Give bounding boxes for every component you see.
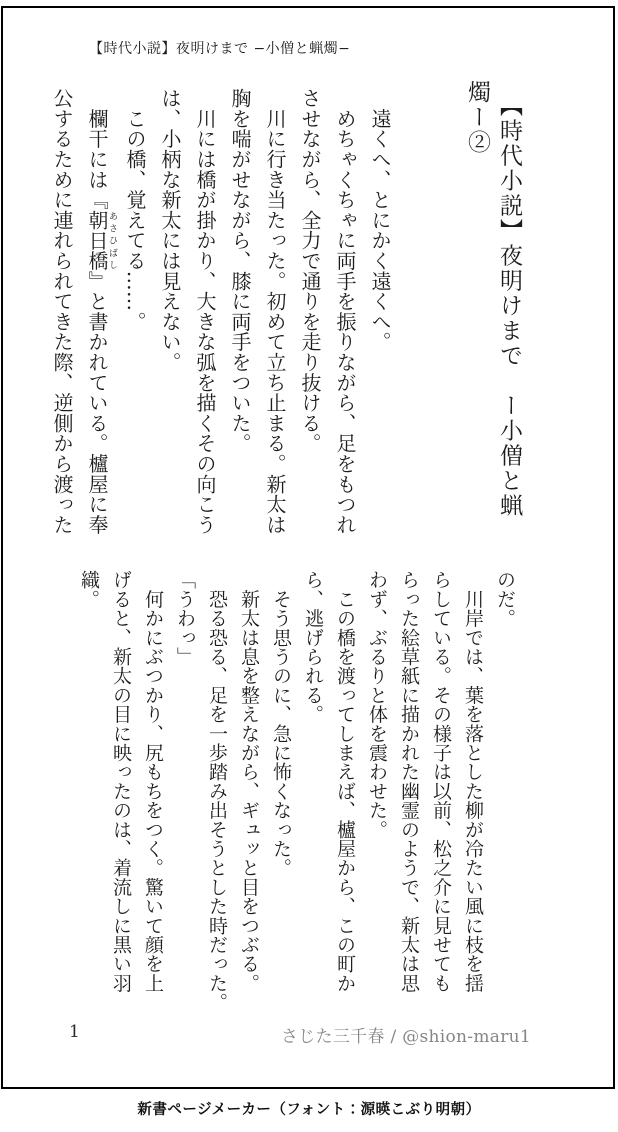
lower-body-line: のだ。 [489,570,521,1006]
page-number: 1 [69,1022,80,1042]
author-credit: さじた三千春 / @shion-maru1 [281,1022,531,1047]
furigana-ruby: 朝日橋あさひばし [85,210,109,271]
lower-body-line: この橋を渡ってしまえば、櫨屋から、この町か [329,570,361,1006]
lower-body-line: 恐る恐る、足を一歩踏み出そうとした時だった。 [201,570,233,1006]
novel-page: 【時代小説】夜明けまで −小僧と蝋燭− 【時代小説】夜明けまで ー小僧と蝋燭ー②… [1,6,615,1089]
lower-body-line: ら、逃げられる。 [297,570,329,1006]
upper-body-line: 遠くへ、とにかく遠くへ。 [362,88,397,550]
lower-body-line: げると、新太の目に映ったのは、着流しに黒い羽 [105,570,137,1006]
upper-body-line: 欄干には『朝日橋あさひばし』と書かれている。櫨屋に奉 [79,88,117,550]
lower-body-line: 新太は息を整えながら、ギュッと目をつぶる。 [233,570,265,1006]
tool-caption: 新書ページメーカー（フォント：源暎こぶり明朝） [0,1098,618,1119]
upper-body-line: 川には橋が掛かり、大きな弧を描くその向こう [187,88,222,550]
upper-body-line: 公するために連れられてきた際、逆側から渡った [44,88,79,550]
upper-body-line: は、小柄な新太には見えない。 [152,88,187,550]
lower-body-line: 川岸では、葉を落とした柳が冷たい風に枝を揺 [457,570,489,1006]
title-block: 【時代小説】夜明けまで ー小僧と蝋燭ー② [461,80,525,560]
lower-body-line: 「うわっ」 [169,570,201,1006]
lower-body-line: らった絵草紙に描かれた幽霊のようで、新太は思 [393,570,425,1006]
upper-body-line: この橋、覚えてる……。 [117,88,152,550]
title-line: 燭ー② [461,80,493,560]
upper-text-band: 遠くへ、とにかく遠くへ。 めちゃくちゃに両手を振りながら、足をもつれさせながら、… [44,88,397,550]
lower-body-line: わず、ぶるりと体を震わせた。 [361,570,393,1006]
lower-body-line: 織。 [73,570,105,1006]
lower-body-line: そう思うのに、急に怖くなった。 [265,570,297,1006]
running-header: 【時代小説】夜明けまで −小僧と蝋燭− [89,38,350,58]
upper-body-line: させながら、全力で通りを走り抜ける。 [292,88,327,550]
lower-body-line: らしている。その様子は以前、松之介に見せても [425,570,457,1006]
upper-body-line: 川に行き当たった。初めて立ち止まる。新太は [257,88,292,550]
lower-text-band: のだ。 川岸では、葉を落とした柳が冷たい風に枝を揺らしている。その様子は以前、松… [73,570,521,1006]
upper-body-line: めちゃくちゃに両手を振りながら、足をもつれ [327,88,362,550]
upper-body-line: 胸を喘がせながら、膝に両手をついた。 [222,88,257,550]
lower-body-line: 何かにぶつかり、尻もちをつく。驚いて顔を上 [137,570,169,1006]
title-line: 【時代小説】夜明けまで ー小僧と蝋 [493,80,525,560]
